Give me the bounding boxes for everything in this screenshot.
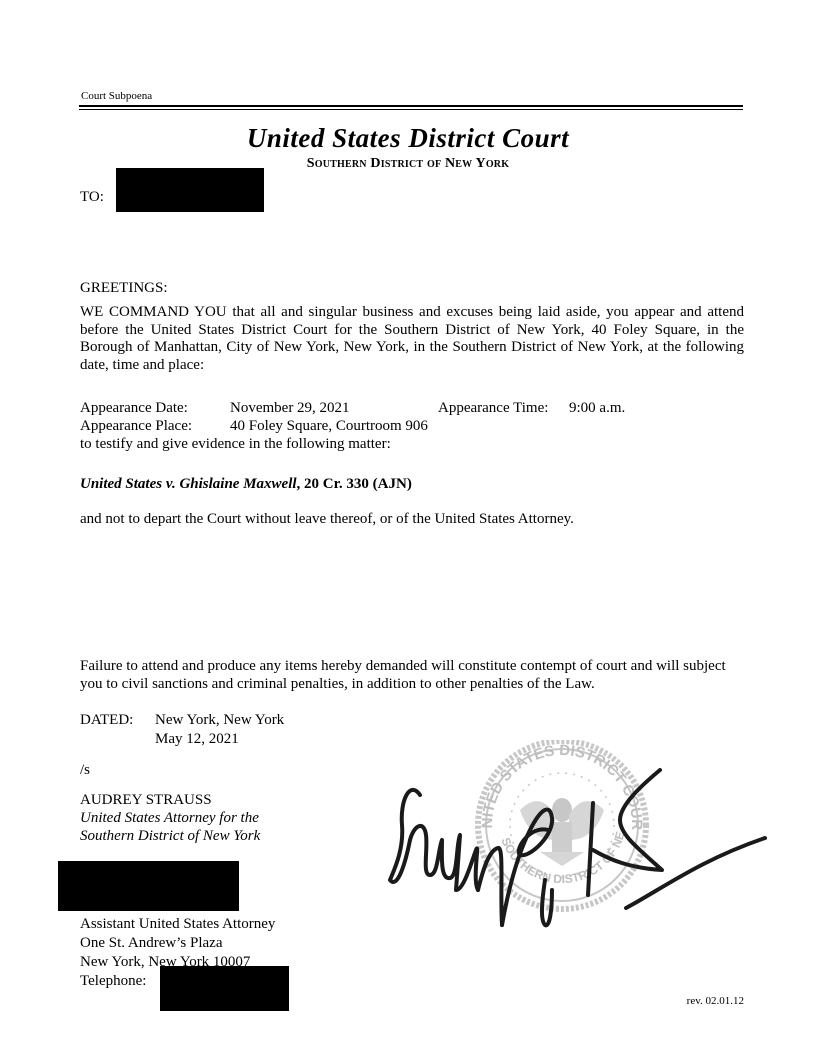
court-title: United States District Court — [0, 123, 816, 154]
signature-mark: /s — [80, 761, 90, 779]
header-rule-thick — [79, 105, 743, 107]
telephone-redaction — [160, 966, 289, 1011]
header-rule-thin — [79, 109, 743, 110]
departure-clause: and not to depart the Court without leav… — [80, 510, 574, 528]
revision-label: rev. 02.01.12 — [687, 995, 744, 1007]
telephone-label: Telephone: — [80, 972, 146, 990]
case-number: , 20 Cr. 330 (AJN) — [297, 476, 412, 492]
appearance-time-value: 9:00 a.m. — [569, 399, 625, 417]
dated-date: May 12, 2021 — [155, 730, 239, 748]
recipient-redaction — [116, 168, 264, 212]
failure-warning: Failure to attend and produce any items … — [80, 658, 730, 693]
attorney-name: AUDREY STRAUSS — [80, 791, 212, 809]
document-type-label: Court Subpoena — [81, 90, 152, 102]
to-label: TO: — [80, 188, 104, 206]
handwritten-signature-icon — [390, 770, 765, 925]
appearance-place-label: Appearance Place: — [80, 417, 192, 435]
case-name: United States v. Ghislaine Maxwell — [80, 476, 297, 492]
appearance-date-label: Appearance Date: — [80, 399, 188, 417]
seal-and-signature: UNITED STATES DISTRICT COURT FOR THE SOU… — [380, 740, 780, 940]
appearance-date-value: November 29, 2021 — [230, 399, 350, 417]
attorney-title-line2: Southern District of New York — [80, 827, 260, 845]
command-paragraph: WE COMMAND YOU that all and singular bus… — [80, 304, 744, 374]
appearance-place-value: 40 Foley Square, Courtroom 906 — [230, 417, 428, 435]
dated-place: New York, New York — [155, 711, 284, 729]
assistant-name-redaction — [58, 861, 239, 911]
dated-label: DATED: — [80, 711, 133, 729]
attorney-title-line1: United States Attorney for the — [80, 809, 259, 827]
assistant-title: Assistant United States Attorney — [80, 915, 275, 933]
address-line1: One St. Andrew’s Plaza — [80, 934, 222, 952]
case-caption: United States v. Ghislaine Maxwell, 20 C… — [80, 475, 412, 493]
greeting: GREETINGS: — [80, 279, 168, 297]
appearance-time-label: Appearance Time: — [438, 399, 548, 417]
testify-purpose: to testify and give evidence in the foll… — [80, 435, 391, 453]
